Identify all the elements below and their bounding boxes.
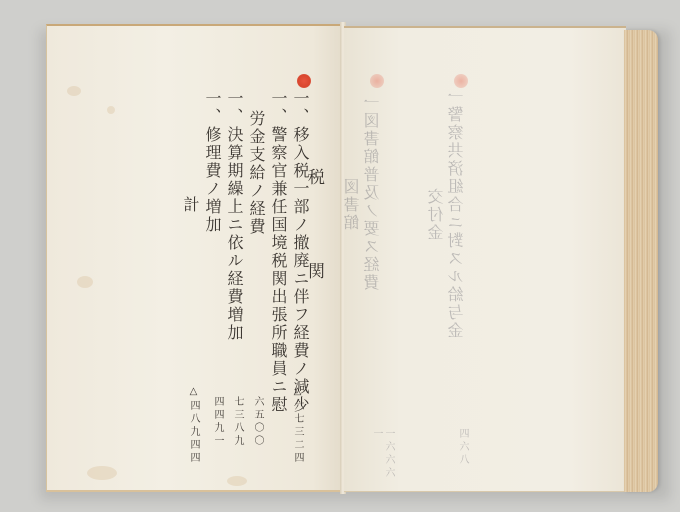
line-item-2: 一、警察官兼任国境税関出張所職員ニ慰 <box>267 90 289 414</box>
stain <box>107 106 115 114</box>
bleed-amount-1: 一六六六一 <box>370 428 394 491</box>
stain <box>87 466 117 480</box>
stain <box>227 476 247 486</box>
amount-2: 六五〇〇 <box>251 396 263 448</box>
faint-seal-icon <box>370 74 384 88</box>
right-page: 一図書館普及ノ要ス経費 一警察共済組合ニ對スル給与金 図書館 交付金 一六六六一… <box>344 26 626 492</box>
amount-3: 七三八九 <box>231 396 243 448</box>
stain <box>67 86 81 96</box>
bleed-line-3: 図書館 <box>342 178 364 232</box>
left-page: 税 関 一、移入税一部ノ撤廃ニ伴フ経費ノ減少 一、警察官兼任国境税関出張所職員ニ… <box>46 24 342 492</box>
bleed-amount-2: 四六八 <box>456 428 468 467</box>
bleed-line-1: 一図書館普及ノ要ス経費 <box>362 94 384 292</box>
bleed-line-2: 一警察共済組合ニ對スル給与金 <box>446 88 468 340</box>
red-seal-icon <box>297 74 311 88</box>
line-item-2-cont: 労金支給ノ経費 <box>245 110 267 236</box>
page-block-edges <box>624 30 658 492</box>
total-label: 計 <box>179 196 201 214</box>
faint-seal-icon <box>454 74 468 88</box>
line-item-4: 一、修理費ノ増加 <box>201 90 223 234</box>
amount-4: 四四九一 <box>211 396 223 448</box>
amount-1: △六七三二四 <box>291 386 303 465</box>
bleed-line-4: 交付金 <box>426 188 448 242</box>
stain <box>77 276 93 288</box>
line-item-1: 一、移入税一部ノ撤廃ニ伴フ経費ノ減少 <box>289 90 311 414</box>
total-amount: △四八九四四 <box>187 386 199 465</box>
line-item-3: 一、決算期繰上ニ依ル経費増加 <box>223 90 245 342</box>
